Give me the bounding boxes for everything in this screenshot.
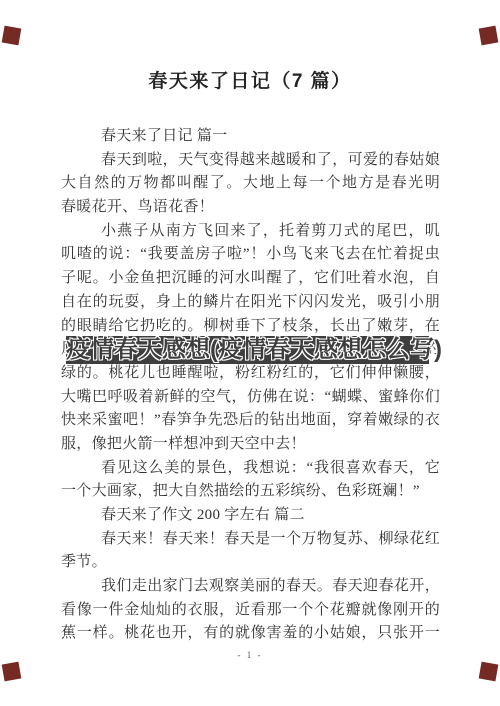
text-line: 绿的。桃花儿也睡醒啦，粉红粉红的，它们伸伸懒腰，张	[61, 362, 440, 386]
text-line: 叽喳的说：“我要盖房子啦”！小鸟飞来飞去在忙着捉虫	[61, 243, 440, 267]
text-line: 春天来了作文 200 字左右 篇二	[61, 504, 440, 528]
text-line: 自在的玩耍，身上的鳞片在阳光下闪闪发光，吸引小朋友	[61, 291, 440, 315]
corner-mark-top-left	[2, 26, 22, 46]
document-title: 春天来了日记（7 篇）	[0, 66, 500, 93]
text-line: 看见这么美的景色，我想说：“我很喜欢春天，它像	[61, 457, 440, 481]
text-line: 看像一件金灿灿的衣服，近看那一个个花瓣就像刚开的香	[61, 599, 440, 623]
watermark-title: 疫情春天感想(疫情春天感想怎么写)	[66, 336, 429, 364]
corner-mark-bottom-right	[479, 662, 499, 682]
text-line: 春暖花开、鸟语花香！	[61, 196, 440, 220]
text-line: 大嘴巴呼吸着新鲜的空气，仿佛在说：“蝴蝶、蜜蜂你们	[61, 386, 440, 410]
page-number: - 1 -	[0, 650, 500, 660]
text-line: 我们走出家门去观察美丽的春天。春天迎春花开，远	[61, 575, 440, 599]
corner-mark-top-right	[479, 26, 499, 46]
text-line: 春天到啦，天气变得越来越暖和了，可爱的春姑娘把	[61, 149, 440, 173]
document-page: 春天来了日记（7 篇） 春天来了日记 篇一春天到啦，天气变得越来越暖和了，可爱的…	[0, 0, 500, 706]
text-line: 春天来了日记 篇一	[61, 125, 440, 149]
text-line: 的眼睛给它扔吃的。柳树垂下了枝条，长出了嫩芽，在春	[61, 315, 440, 339]
text-line: 季节。	[61, 551, 440, 575]
watermark-overlay: 疫情春天感想(疫情春天感想怎么写)	[66, 336, 429, 364]
corner-mark-bottom-left	[2, 662, 22, 682]
text-line: 子呢。小金鱼把沉睡的河水叫醒了，它们吐着水泡，自由	[61, 267, 440, 291]
text-line: 快来采蜜吧！”春笋争先恐后的钻出地面，穿着嫩绿的衣	[61, 409, 440, 433]
text-line: 服，像把火箭一样想冲到天空中去！	[61, 433, 440, 457]
text-line: 小燕子从南方飞回来了，托着剪刀式的尾巴，叽喳、	[61, 220, 440, 244]
text-line: 蕉一样。桃花也开，有的就像害羞的小姑娘，只张开一个	[61, 622, 440, 646]
text-line: 大自然的万物都叫醒了。大地上每一个地方是春光明媚、	[61, 172, 440, 196]
text-line: 一个大画家，把大自然描绘的五彩缤纷、色彩斑斓！”	[61, 480, 440, 504]
document-body: 春天来了日记 篇一春天到啦，天气变得越来越暖和了，可爱的春姑娘把大自然的万物都叫…	[61, 125, 440, 646]
text-line: 春天来！春天来！春天是一个万物复苏、柳绿花红的	[61, 528, 440, 552]
